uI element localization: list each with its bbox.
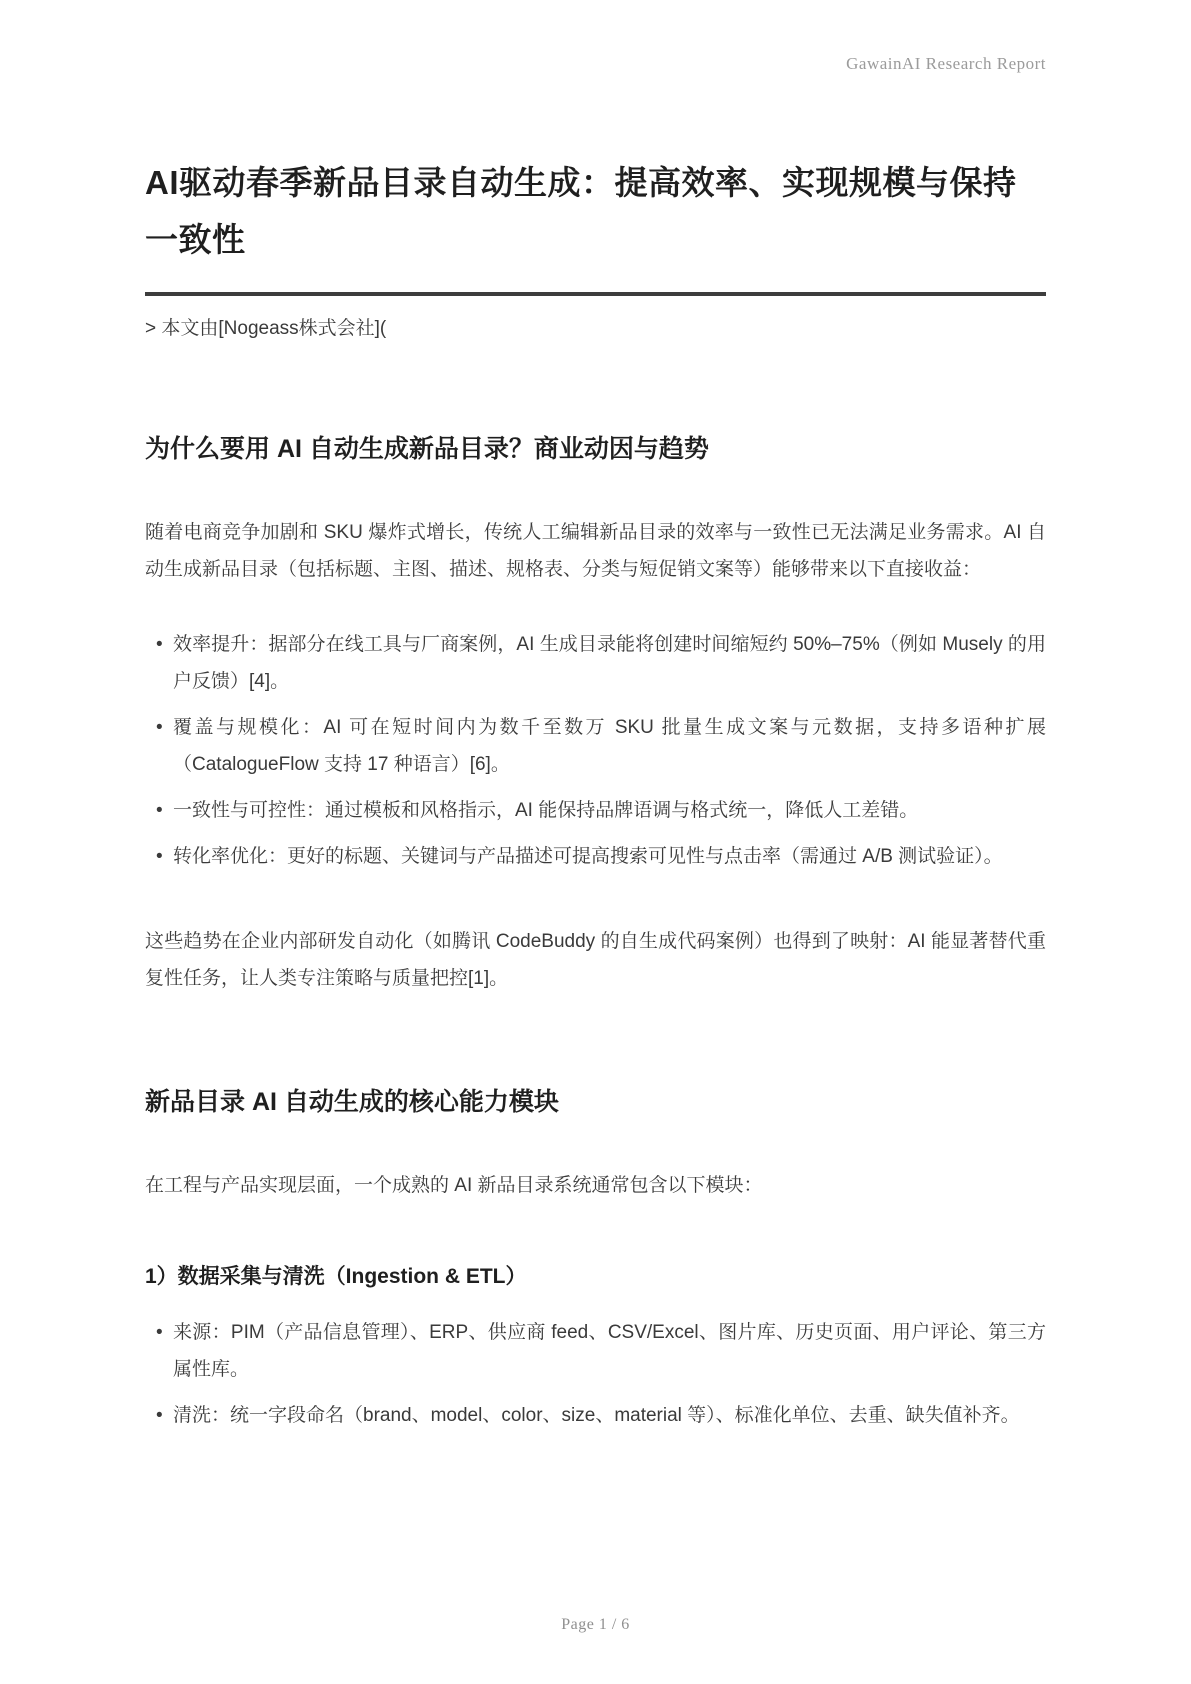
benefit-bullet-list: 效率提升：据部分在线工具与厂商案例，AI 生成目录能将创建时间缩短约 50%–7…: [145, 626, 1046, 875]
section-1-intro: 随着电商竞争加剧和 SKU 爆炸式增长，传统人工编辑新品目录的效率与一致性已无法…: [145, 514, 1046, 588]
page-number: Page 1 / 6: [0, 1616, 1191, 1634]
section-2-heading: 新品目录 AI 自动生成的核心能力模块: [145, 1085, 1046, 1119]
article-title: AI驱动春季新品目录自动生成：提高效率、实现规模与保持一致性: [145, 154, 1046, 268]
document-page: GawainAI Research Report AI驱动春季新品目录自动生成：…: [0, 0, 1191, 1684]
section-1-heading: 为什么要用 AI 自动生成新品目录？商业动因与趋势: [145, 432, 1046, 466]
bullet-cleaning: 清洗：统一字段命名（brand、model、color、size、materia…: [173, 1397, 1046, 1434]
report-header: GawainAI Research Report: [145, 54, 1046, 74]
section-1-outro: 这些趋势在企业内部研发自动化（如腾讯 CodeBuddy 的自生成代码案例）也得…: [145, 923, 1046, 997]
module-bullet-list: 来源：PIM（产品信息管理）、ERP、供应商 feed、CSV/Excel、图片…: [145, 1314, 1046, 1434]
bullet-consistency: 一致性与可控性：通过模板和风格指示，AI 能保持品牌语调与格式统一，降低人工差错…: [173, 792, 1046, 829]
bullet-conversion: 转化率优化：更好的标题、关键词与产品描述可提高搜索可见性与点击率（需通过 A/B…: [173, 838, 1046, 875]
subsection-1-heading: 1）数据采集与清洗（Ingestion & ETL）: [145, 1262, 1046, 1292]
bullet-sources: 来源：PIM（产品信息管理）、ERP、供应商 feed、CSV/Excel、图片…: [173, 1314, 1046, 1388]
bullet-efficiency: 效率提升：据部分在线工具与厂商案例，AI 生成目录能将创建时间缩短约 50%–7…: [173, 626, 1046, 700]
title-divider: [145, 292, 1046, 296]
section-2-intro: 在工程与产品实现层面，一个成熟的 AI 新品目录系统通常包含以下模块：: [145, 1167, 1046, 1204]
bullet-scale: 覆盖与规模化：AI 可在短时间内为数千至数万 SKU 批量生成文案与元数据，支持…: [173, 709, 1046, 783]
article-byline: > 本文由[Nogeass株式会社](: [145, 314, 1046, 344]
